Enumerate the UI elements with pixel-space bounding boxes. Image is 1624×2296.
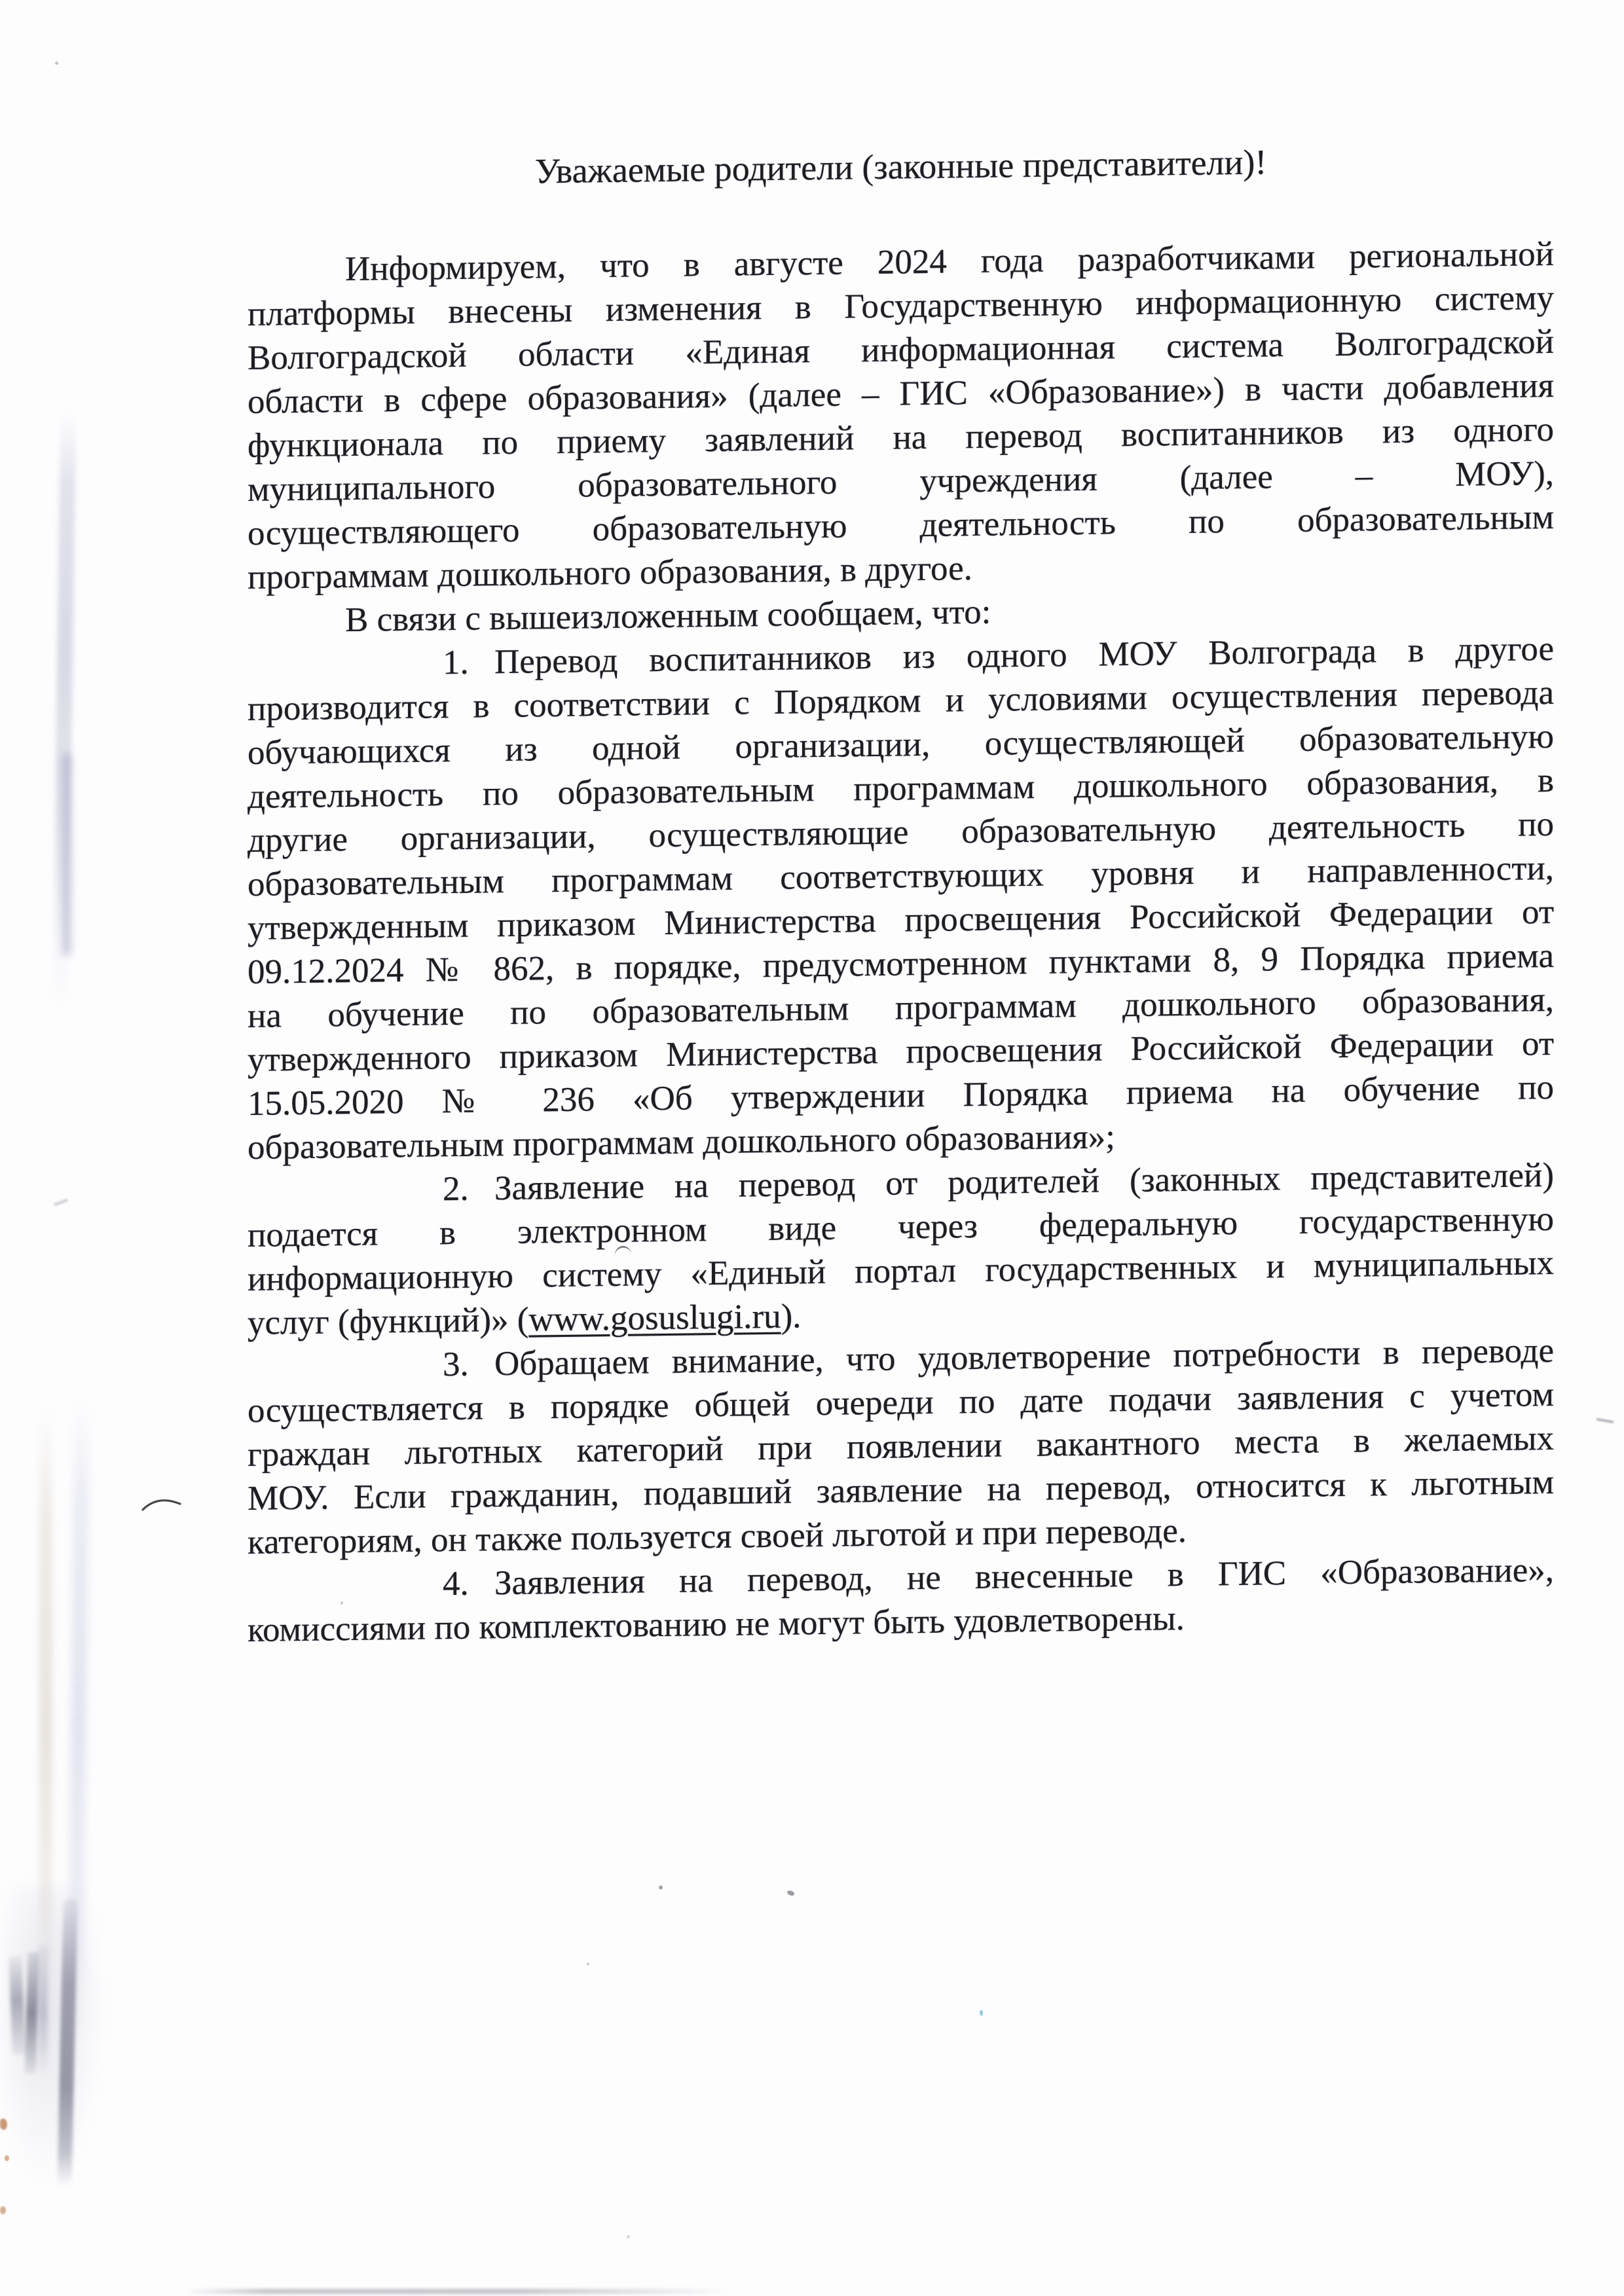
- rust-speck: [0, 2119, 7, 2130]
- item-number: 2.: [345, 1167, 494, 1212]
- scan-streak-left-upper: [52, 412, 77, 1008]
- scan-smudge-stripe: [25, 1952, 39, 2073]
- letter-body: Информируем, что в августе 2024 года раз…: [248, 232, 1554, 1652]
- scan-smudge-stripe: [9, 1956, 25, 2055]
- scanned-letter-page: Уважаемые родители (законные представите…: [0, 0, 1624, 2296]
- scan-streak-left-upper-core: [62, 753, 71, 956]
- scan-speck: [659, 1886, 663, 1889]
- scan-smudge-stripe: [38, 1946, 48, 2077]
- scan-speck: [587, 1963, 589, 1965]
- paragraph-intro: Информируем, что в августе 2024 года раз…: [248, 232, 1554, 600]
- scan-streak-left-lower-beige: [39, 1408, 52, 1997]
- scan-dash-right-margin: [1596, 1418, 1614, 1423]
- gosuslugi-url: www.gosuslugi.ru: [528, 1298, 781, 1339]
- item-number: 1.: [345, 640, 494, 686]
- scan-dash-left-margin: [54, 1198, 68, 1206]
- scan-speck: [786, 1889, 795, 1897]
- scan-streak-left-lower-lavender: [67, 1401, 90, 2043]
- paragraph-item-3: 3.Обращаем внимание, что удовлетворение …: [248, 1329, 1554, 1565]
- paragraph-item-1: 1.Перевод воспитанников из одного МОУ Во…: [248, 627, 1554, 1170]
- letter-content: Уважаемые родители (законные представите…: [248, 137, 1554, 1652]
- paragraph-item-2: 2.Заявление на перевод от родителей (зак…: [248, 1154, 1554, 1345]
- scan-edge-shadow: [185, 2289, 735, 2294]
- rust-speck: [0, 2206, 6, 2214]
- rust-speck: [5, 2155, 9, 2161]
- scan-speck: [627, 2235, 630, 2238]
- paragraph-item-4: 4.Заявления на перевод, не внесенные в Г…: [248, 1548, 1554, 1652]
- letter-title: Уважаемые родители (законные представите…: [248, 137, 1554, 197]
- scan-speck: [55, 62, 58, 65]
- item-number: 4.: [345, 1561, 494, 1607]
- pen-stroke-mark: [141, 1495, 182, 1512]
- scan-smudge-stripe-long: [57, 1899, 77, 2187]
- scan-speck-cyan: [980, 2010, 983, 2016]
- item-number: 3.: [345, 1342, 494, 1388]
- scan-smudge-halo: [0, 1886, 105, 2187]
